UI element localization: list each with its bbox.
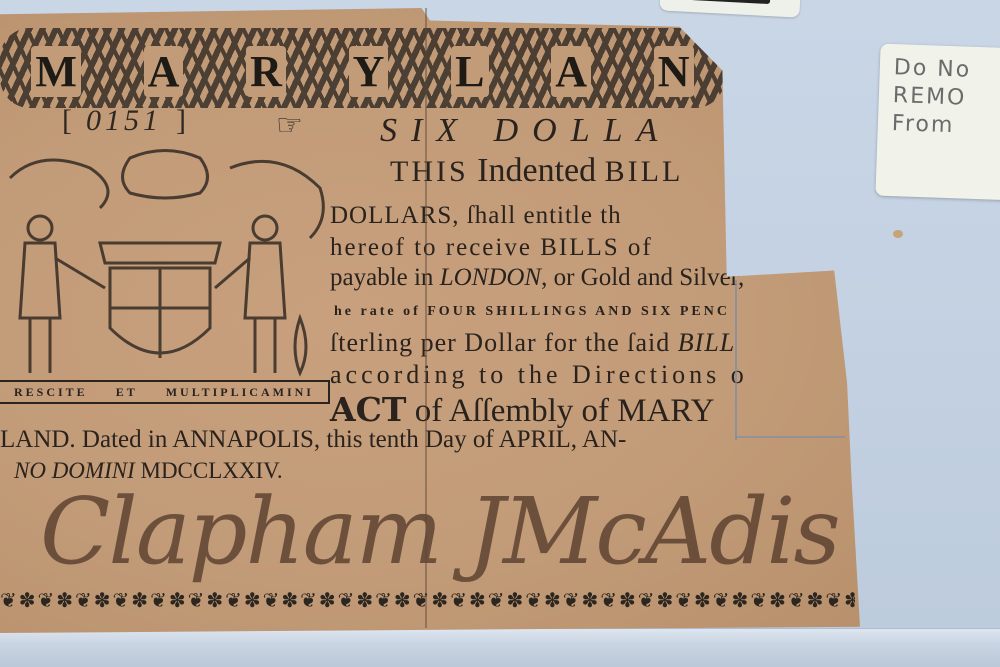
serial-number: [0151] bbox=[62, 104, 186, 138]
pointing-hand-icon: ☞ bbox=[276, 108, 303, 143]
motto-word: MULTIPLICAMINI bbox=[166, 385, 314, 400]
text-line-dated: LAND. Dated in ANNAPOLIS, this tenth Day… bbox=[0, 426, 626, 454]
motto-banner: RESCITE ET MULTIPLICAMINI bbox=[0, 380, 330, 404]
plastic-sleeve-edge bbox=[0, 628, 1000, 667]
text-line: payable in LONDON, or Gold and Silver, bbox=[330, 264, 744, 292]
tear-line bbox=[735, 280, 737, 440]
header-letters: MARYLAN bbox=[0, 36, 725, 106]
header-letter: L bbox=[451, 46, 488, 97]
serial-value: 0151 bbox=[72, 104, 176, 137]
handwritten-note-text: Do No REMO From bbox=[891, 54, 971, 141]
fold-crease bbox=[425, 8, 427, 628]
header-letter: M bbox=[31, 46, 81, 97]
motto-word: ET bbox=[116, 385, 138, 400]
text-line: according to the Directions o bbox=[330, 360, 748, 390]
top-label-tag bbox=[659, 0, 800, 18]
serial-bracket-close: ] bbox=[176, 104, 186, 137]
header-letter: A bbox=[551, 46, 591, 97]
currency-note: MARYLAN [0151] ☞ SIX DOLLA RESCITE ET MU… bbox=[0, 8, 860, 633]
text-line: ſterling per Dollar for the ſaid BILL bbox=[330, 328, 735, 358]
tear-line bbox=[735, 436, 845, 438]
header-letter: R bbox=[246, 46, 286, 97]
denomination: SIX DOLLA bbox=[380, 112, 671, 150]
tag-ink-mark bbox=[690, 0, 770, 4]
handwritten-signature: Clapham JMcAdis bbox=[40, 478, 839, 585]
motto-word: RESCITE bbox=[14, 385, 88, 400]
text-line: hereof to receive BILLS of bbox=[330, 234, 653, 262]
stain-spot bbox=[893, 230, 903, 238]
text-line: DOLLARS, ſhall entitle th bbox=[330, 202, 622, 230]
coat-of-arms-illustration bbox=[0, 148, 330, 403]
text-line: he rate of FOUR SHILLINGS AND SIX PENC bbox=[334, 304, 730, 320]
serial-bracket-open: [ bbox=[62, 104, 72, 137]
header-letter: Y bbox=[349, 46, 389, 97]
header-letter: N bbox=[654, 46, 694, 97]
header-letter: A bbox=[144, 46, 184, 97]
text-line: ACT of Aſſembly of MARY bbox=[330, 390, 714, 430]
ornamental-border: ❦✽❦✽❦✽❦✽❦✽❦✽❦✽❦✽❦✽❦✽❦✽❦✽❦✽❦✽❦✽❦✽❦✽❦✽❦✽❦✽… bbox=[0, 588, 855, 612]
handwritten-note-card: Do No REMO From bbox=[875, 44, 1000, 201]
text-line: THIS Indented BILL bbox=[390, 152, 683, 190]
